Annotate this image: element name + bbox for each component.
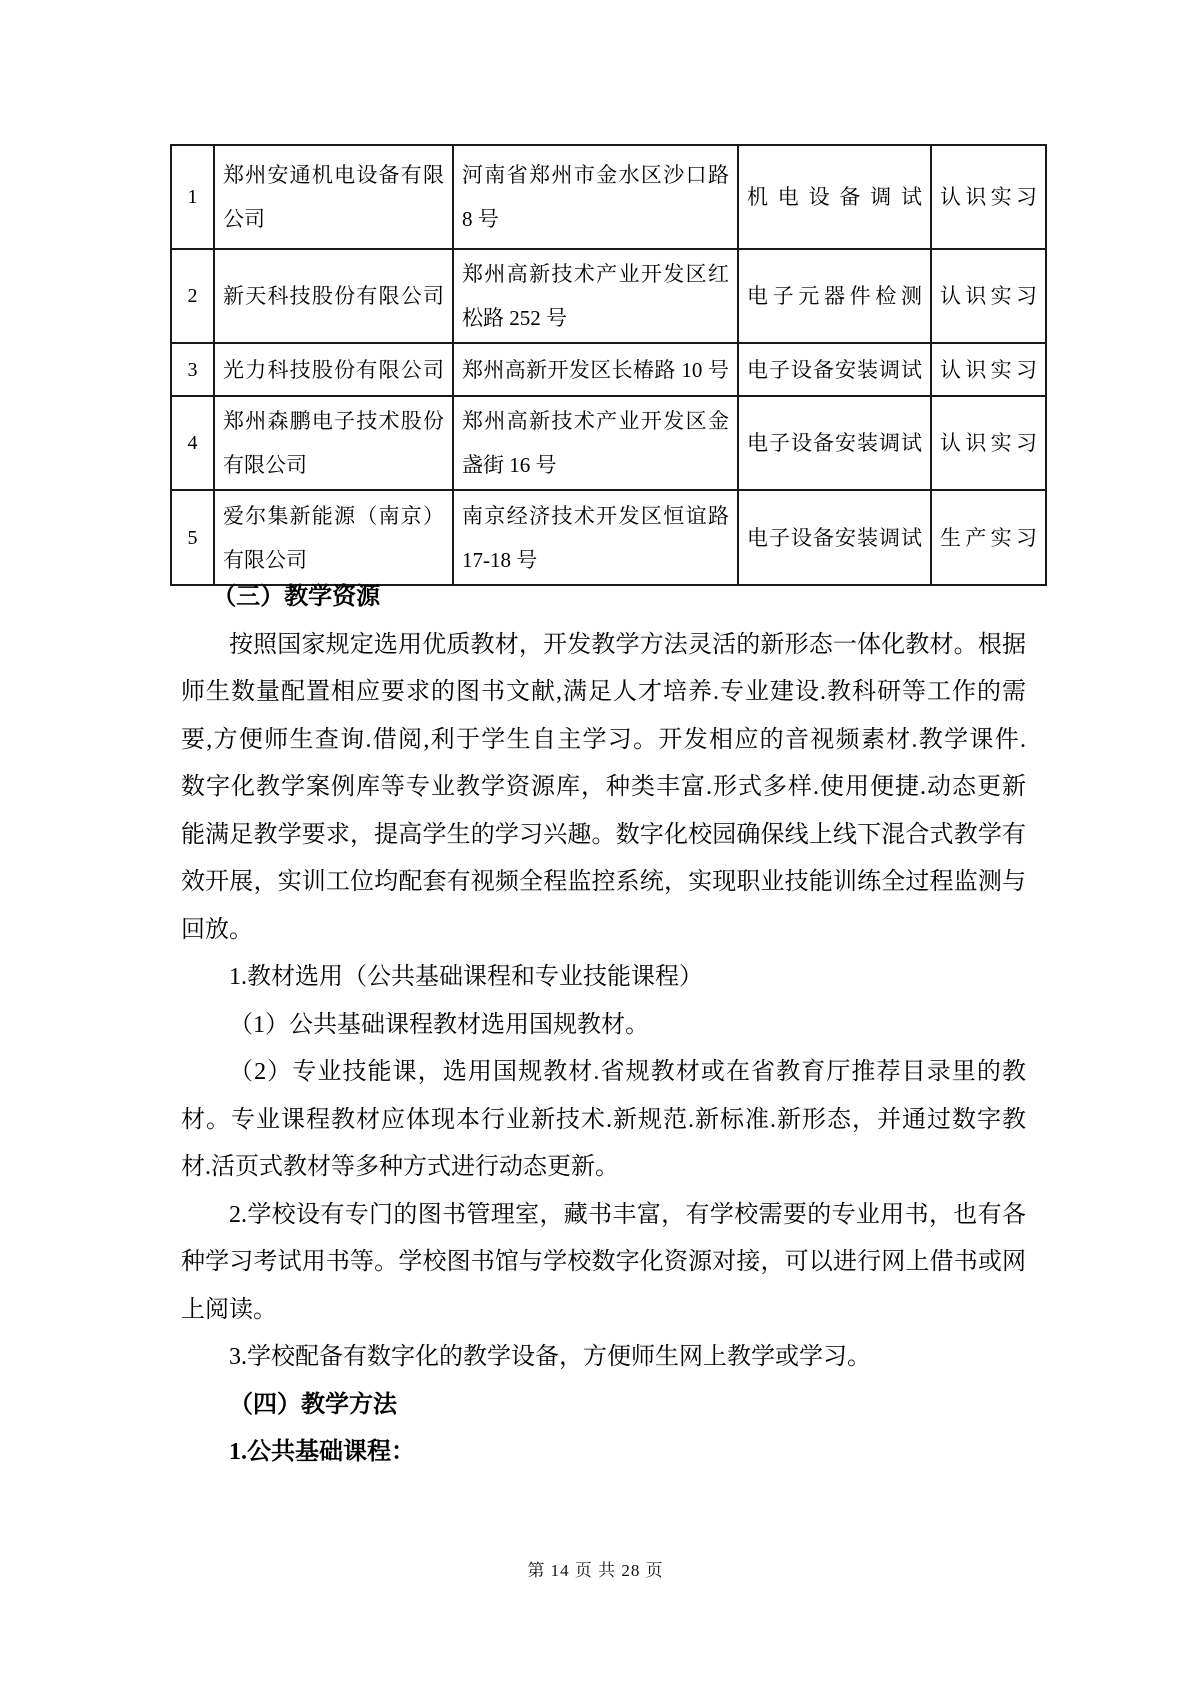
row-number-cell: 1 xyxy=(171,145,214,249)
text-line: 电子设备安装调试 xyxy=(747,348,922,392)
table-row: 1郑州安通机电设备有限公司河南省郑州市金水区沙口路8 号机电设备调试认识实习 xyxy=(171,145,1046,249)
row-number-cell: 3 xyxy=(171,343,214,396)
text-line: （2）专业技能课，选用国规教材.省规教材或在省教育厅推荐目录里的教 xyxy=(181,1049,1026,1097)
text-line: 种学习考试用书等。学校图书馆与学校数字化资源对接，可以进行网上借书或网 xyxy=(181,1239,1026,1287)
address-cell: 郑州高新技术产业开发区金盏街 16 号 xyxy=(453,396,738,490)
text-line: 1.教材选用（公共基础课程和专业技能课程） xyxy=(181,954,1026,1002)
text-line: 松路 252 号 xyxy=(462,296,729,340)
text-line: 机电设备调试 xyxy=(747,175,922,219)
internship-type-cell: 认识实习 xyxy=(931,145,1046,249)
text-line: 上阅读。 xyxy=(181,1287,1026,1335)
address-cell: 郑州高新技术产业开发区红松路 252 号 xyxy=(453,249,738,343)
table-row: 2新天科技股份有限公司郑州高新技术产业开发区红松路 252 号电子元器件检测认识… xyxy=(171,249,1046,343)
document-page: 1郑州安通机电设备有限公司河南省郑州市金水区沙口路8 号机电设备调试认识实习2新… xyxy=(0,0,1191,1684)
text-line: 生产实习 xyxy=(940,516,1037,560)
table-body: 1郑州安通机电设备有限公司河南省郑州市金水区沙口路8 号机电设备调试认识实习2新… xyxy=(171,145,1046,585)
text-line: 3.学校配备有数字化的教学设备，方便师生网上教学或学习。 xyxy=(181,1334,1026,1382)
text-line: 认识实习 xyxy=(940,348,1037,392)
text-line: （四）教学方法 xyxy=(181,1382,1026,1430)
text-line: 光力科技股份有限公司 xyxy=(223,348,444,392)
company-cell: 爱尔集新能源（南京）有限公司 xyxy=(214,490,453,585)
row-number-cell: 5 xyxy=(171,490,214,585)
text-line: 认识实习 xyxy=(940,274,1037,318)
text-line: 电子元器件检测 xyxy=(747,274,922,318)
job-content-cell: 电子设备安装调试 xyxy=(738,343,931,396)
text-line: （1）公共基础课程教材选用国规教材。 xyxy=(181,1002,1026,1050)
text-line: 爱尔集新能源（南京） xyxy=(223,494,444,538)
text-line: 1.公共基础课程： xyxy=(181,1429,1026,1477)
row-number-cell: 2 xyxy=(171,249,214,343)
job-content-cell: 电子设备安装调试 xyxy=(738,490,931,585)
text-line: 电子设备安装调试 xyxy=(747,516,922,560)
internship-type-cell: 认识实习 xyxy=(931,396,1046,490)
table-row: 5爱尔集新能源（南京）有限公司南京经济技术开发区恒谊路17-18 号电子设备安装… xyxy=(171,490,1046,585)
internship-company-table: 1郑州安通机电设备有限公司河南省郑州市金水区沙口路8 号机电设备调试认识实习2新… xyxy=(170,144,1047,586)
text-line: 新天科技股份有限公司 xyxy=(223,274,444,318)
text-line: 郑州森鹏电子技术股份 xyxy=(223,399,444,443)
internship-type-cell: 认识实习 xyxy=(931,343,1046,396)
text-line: 2.学校设有专门的图书管理室，藏书丰富，有学校需要的专业用书，也有各 xyxy=(181,1192,1026,1240)
text-line: 河南省郑州市金水区沙口路 xyxy=(462,153,729,197)
text-line: 有限公司 xyxy=(223,443,444,487)
job-content-cell: 机电设备调试 xyxy=(738,145,931,249)
table-row: 4郑州森鹏电子技术股份有限公司郑州高新技术产业开发区金盏街 16 号电子设备安装… xyxy=(171,396,1046,490)
text-line: （三）教学资源 xyxy=(181,574,1026,622)
text-line: 能满足教学要求，提高学生的学习兴趣。数字化校园确保线上线下混合式教学有 xyxy=(181,812,1026,860)
company-cell: 光力科技股份有限公司 xyxy=(214,343,453,396)
text-line: 公司 xyxy=(223,197,444,241)
job-content-cell: 电子设备安装调试 xyxy=(738,396,931,490)
job-content-cell: 电子元器件检测 xyxy=(738,249,931,343)
text-line: 认识实习 xyxy=(940,175,1037,219)
text-line: 数字化教学案例库等专业教学资源库，种类丰富.形式多样.使用便捷.动态更新 xyxy=(181,764,1026,812)
address-cell: 南京经济技术开发区恒谊路17-18 号 xyxy=(453,490,738,585)
text-line: 材。专业课程教材应体现本行业新技术.新规范.新标准.新形态，并通过数字教 xyxy=(181,1097,1026,1145)
company-cell: 新天科技股份有限公司 xyxy=(214,249,453,343)
body-text: （三）教学资源按照国家规定选用优质教材，开发教学方法灵活的新形态一体化教材。根据… xyxy=(181,574,1026,1477)
company-cell: 郑州安通机电设备有限公司 xyxy=(214,145,453,249)
text-line: 郑州高新技术产业开发区红 xyxy=(462,252,729,296)
page-footer: 第 14 页 共 28 页 xyxy=(0,1556,1191,1581)
internship-type-cell: 生产实习 xyxy=(931,490,1046,585)
text-line: 要,方便师生查询.借阅,利于学生自主学习。开发相应的音视频素材.教学课件. xyxy=(181,717,1026,765)
internship-type-cell: 认识实习 xyxy=(931,249,1046,343)
text-line: 师生数量配置相应要求的图书文献,满足人才培养.专业建设.教科研等工作的需 xyxy=(181,669,1026,717)
text-line: 回放。 xyxy=(181,907,1026,955)
address-cell: 郑州高新开发区长椿路 10 号 xyxy=(453,343,738,396)
text-line: 认识实习 xyxy=(940,421,1037,465)
table-row: 3光力科技股份有限公司郑州高新开发区长椿路 10 号电子设备安装调试认识实习 xyxy=(171,343,1046,396)
text-line: 南京经济技术开发区恒谊路 xyxy=(462,494,729,538)
text-line: 按照国家规定选用优质教材，开发教学方法灵活的新形态一体化教材。根据 xyxy=(181,622,1026,670)
text-line: 材.活页式教材等多种方式进行动态更新。 xyxy=(181,1144,1026,1192)
text-line: 郑州高新开发区长椿路 10 号 xyxy=(462,348,729,392)
text-line: 盏街 16 号 xyxy=(462,443,729,487)
text-line: 电子设备安装调试 xyxy=(747,421,922,465)
text-line: 8 号 xyxy=(462,197,729,241)
address-cell: 河南省郑州市金水区沙口路8 号 xyxy=(453,145,738,249)
row-number-cell: 4 xyxy=(171,396,214,490)
text-line: 郑州高新技术产业开发区金 xyxy=(462,399,729,443)
company-cell: 郑州森鹏电子技术股份有限公司 xyxy=(214,396,453,490)
text-line: 郑州安通机电设备有限 xyxy=(223,153,444,197)
text-line: 效开展，实训工位均配套有视频全程监控系统，实现职业技能训练全过程监测与 xyxy=(181,859,1026,907)
